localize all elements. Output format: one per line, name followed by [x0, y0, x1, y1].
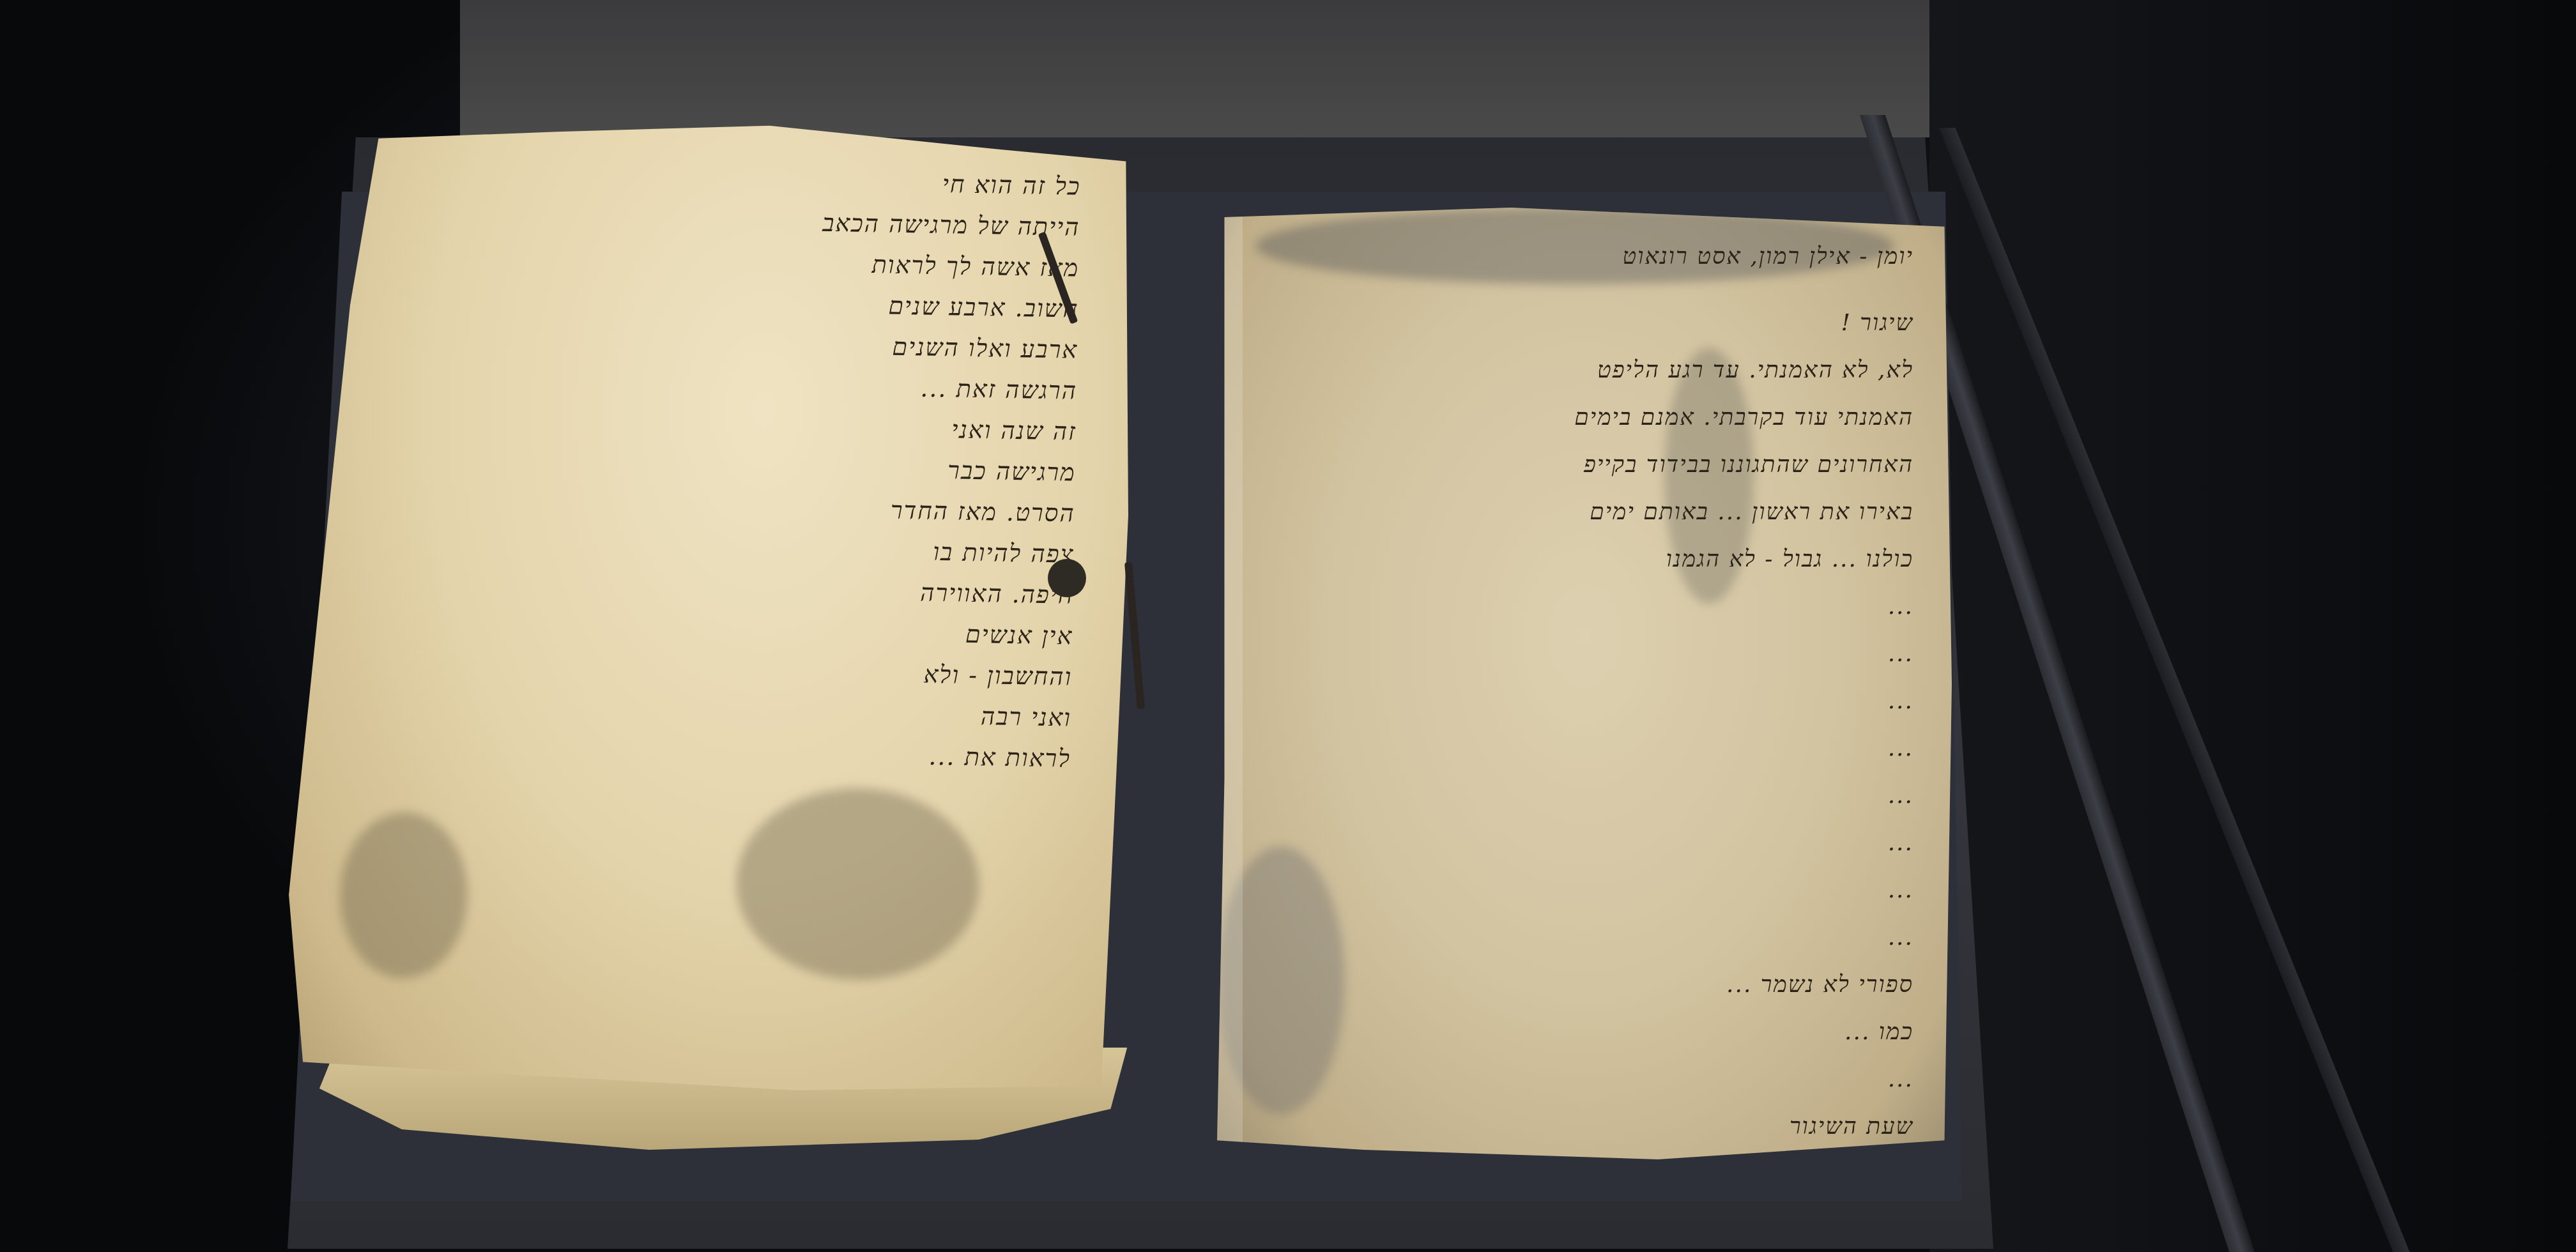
case-top-shelf	[460, 0, 1929, 137]
handwritten-line: ...	[1262, 725, 1913, 772]
left-document: כל זה הוא חי הייתה של מרגישה הכאב מאז אש…	[286, 108, 1153, 1106]
handwritten-line: ...	[1262, 867, 1913, 914]
document-heading: יומן - אילן רמון, אסט רונאוט	[1262, 233, 1913, 280]
handwritten-line: כולנו ... גבול - לא הגמנו	[1262, 536, 1913, 583]
handwritten-line: ...	[1262, 1056, 1913, 1103]
handwritten-line: ...	[1262, 678, 1913, 725]
handwritten-line: שיגור !	[1262, 300, 1913, 347]
handwritten-line: לא, לא האמנתי. עד רגע הליפט	[1262, 347, 1913, 394]
handwritten-line: ...	[1262, 583, 1913, 630]
handwritten-line: באירו את ראשון ... באותם ימים	[1262, 489, 1913, 536]
handwritten-line: ...	[1262, 820, 1913, 867]
right-document: יומן - אילן רמון, אסט רונאוט שיגור ! לא,…	[1217, 208, 1952, 1159]
paper-stain	[735, 786, 981, 982]
right-document-text: יומן - אילן רמון, אסט רונאוט שיגור ! לא,…	[1262, 233, 1913, 1150]
handwritten-line: כמו ...	[1262, 1009, 1913, 1056]
handwritten-line: ...	[1262, 630, 1913, 678]
binding-hole	[1048, 559, 1086, 597]
handwritten-line: האמנתי עוד בקרבתי. אמנם בימים	[1262, 394, 1913, 441]
left-document-text: כל זה הוא חי הייתה של מרגישה הכאב מאז אש…	[368, 154, 1082, 779]
handwritten-line: ספורי לא נשמר ...	[1262, 961, 1913, 1009]
handwritten-line: שעת השיגור	[1262, 1103, 1913, 1150]
paper-stain	[339, 811, 470, 979]
handwritten-line: האחרונים שהתגוננו בבידוד בקייפ	[1262, 441, 1913, 489]
handwritten-line: ...	[1262, 772, 1913, 820]
handwritten-line: ...	[1262, 914, 1913, 961]
